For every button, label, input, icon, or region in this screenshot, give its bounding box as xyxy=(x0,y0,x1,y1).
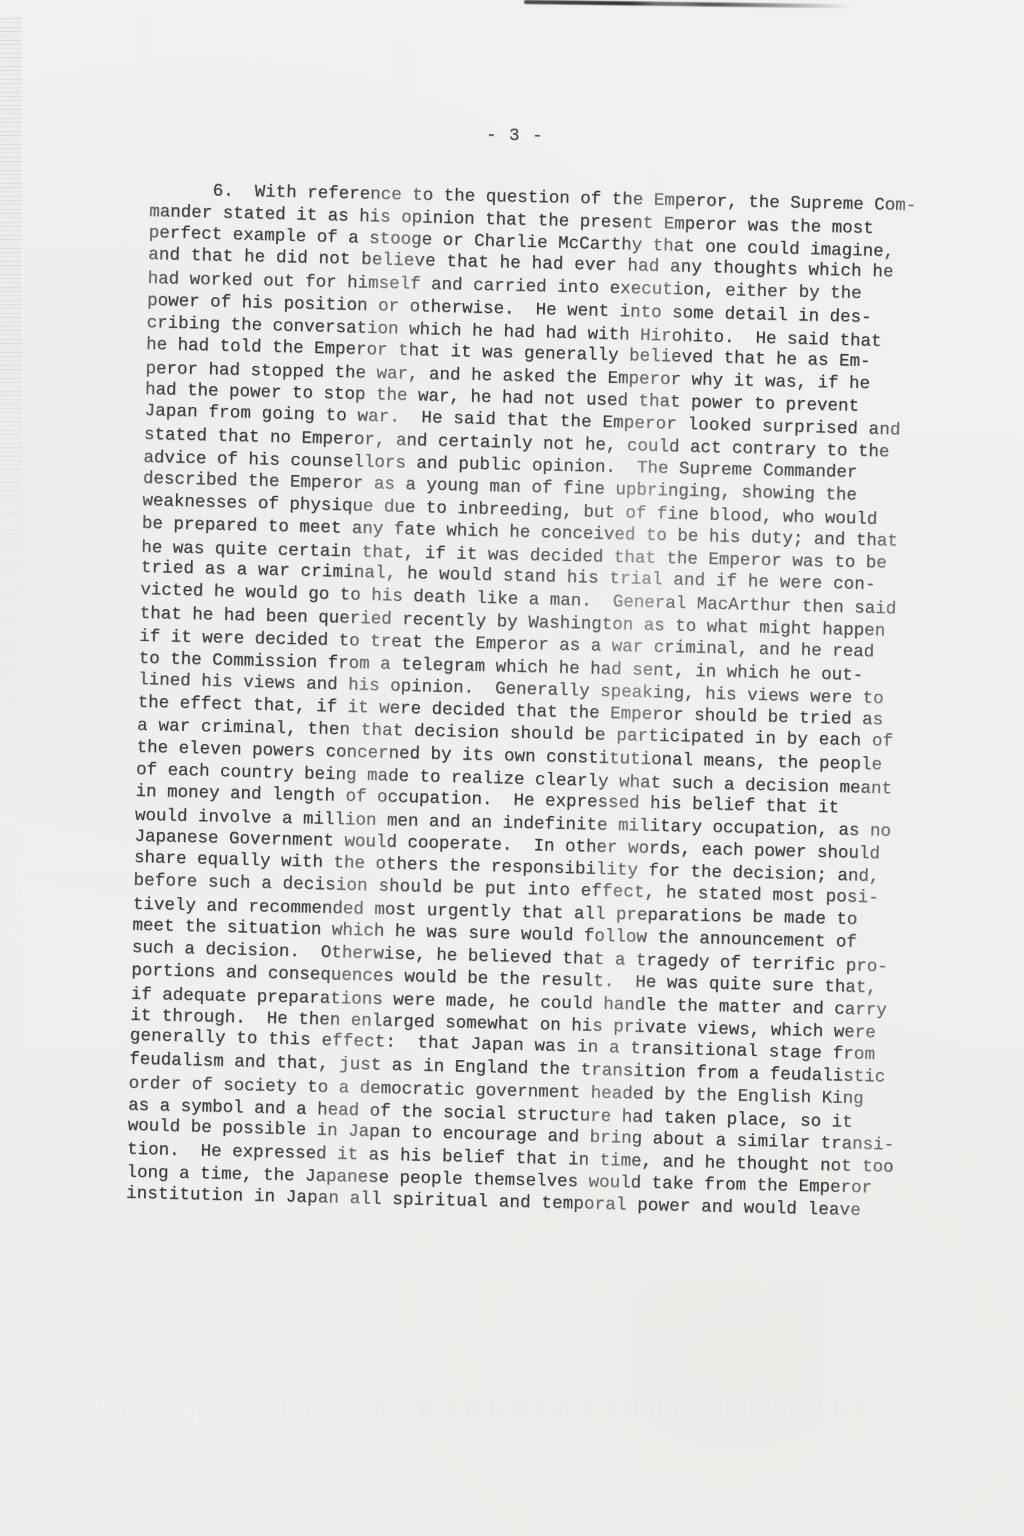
document-lines: 6. With reference to the question of the… xyxy=(126,178,950,1224)
faint-smudge-artifact xyxy=(100,1402,860,1418)
scanner-edge-noise xyxy=(0,18,22,1138)
page-number: - 3 - xyxy=(486,126,544,147)
